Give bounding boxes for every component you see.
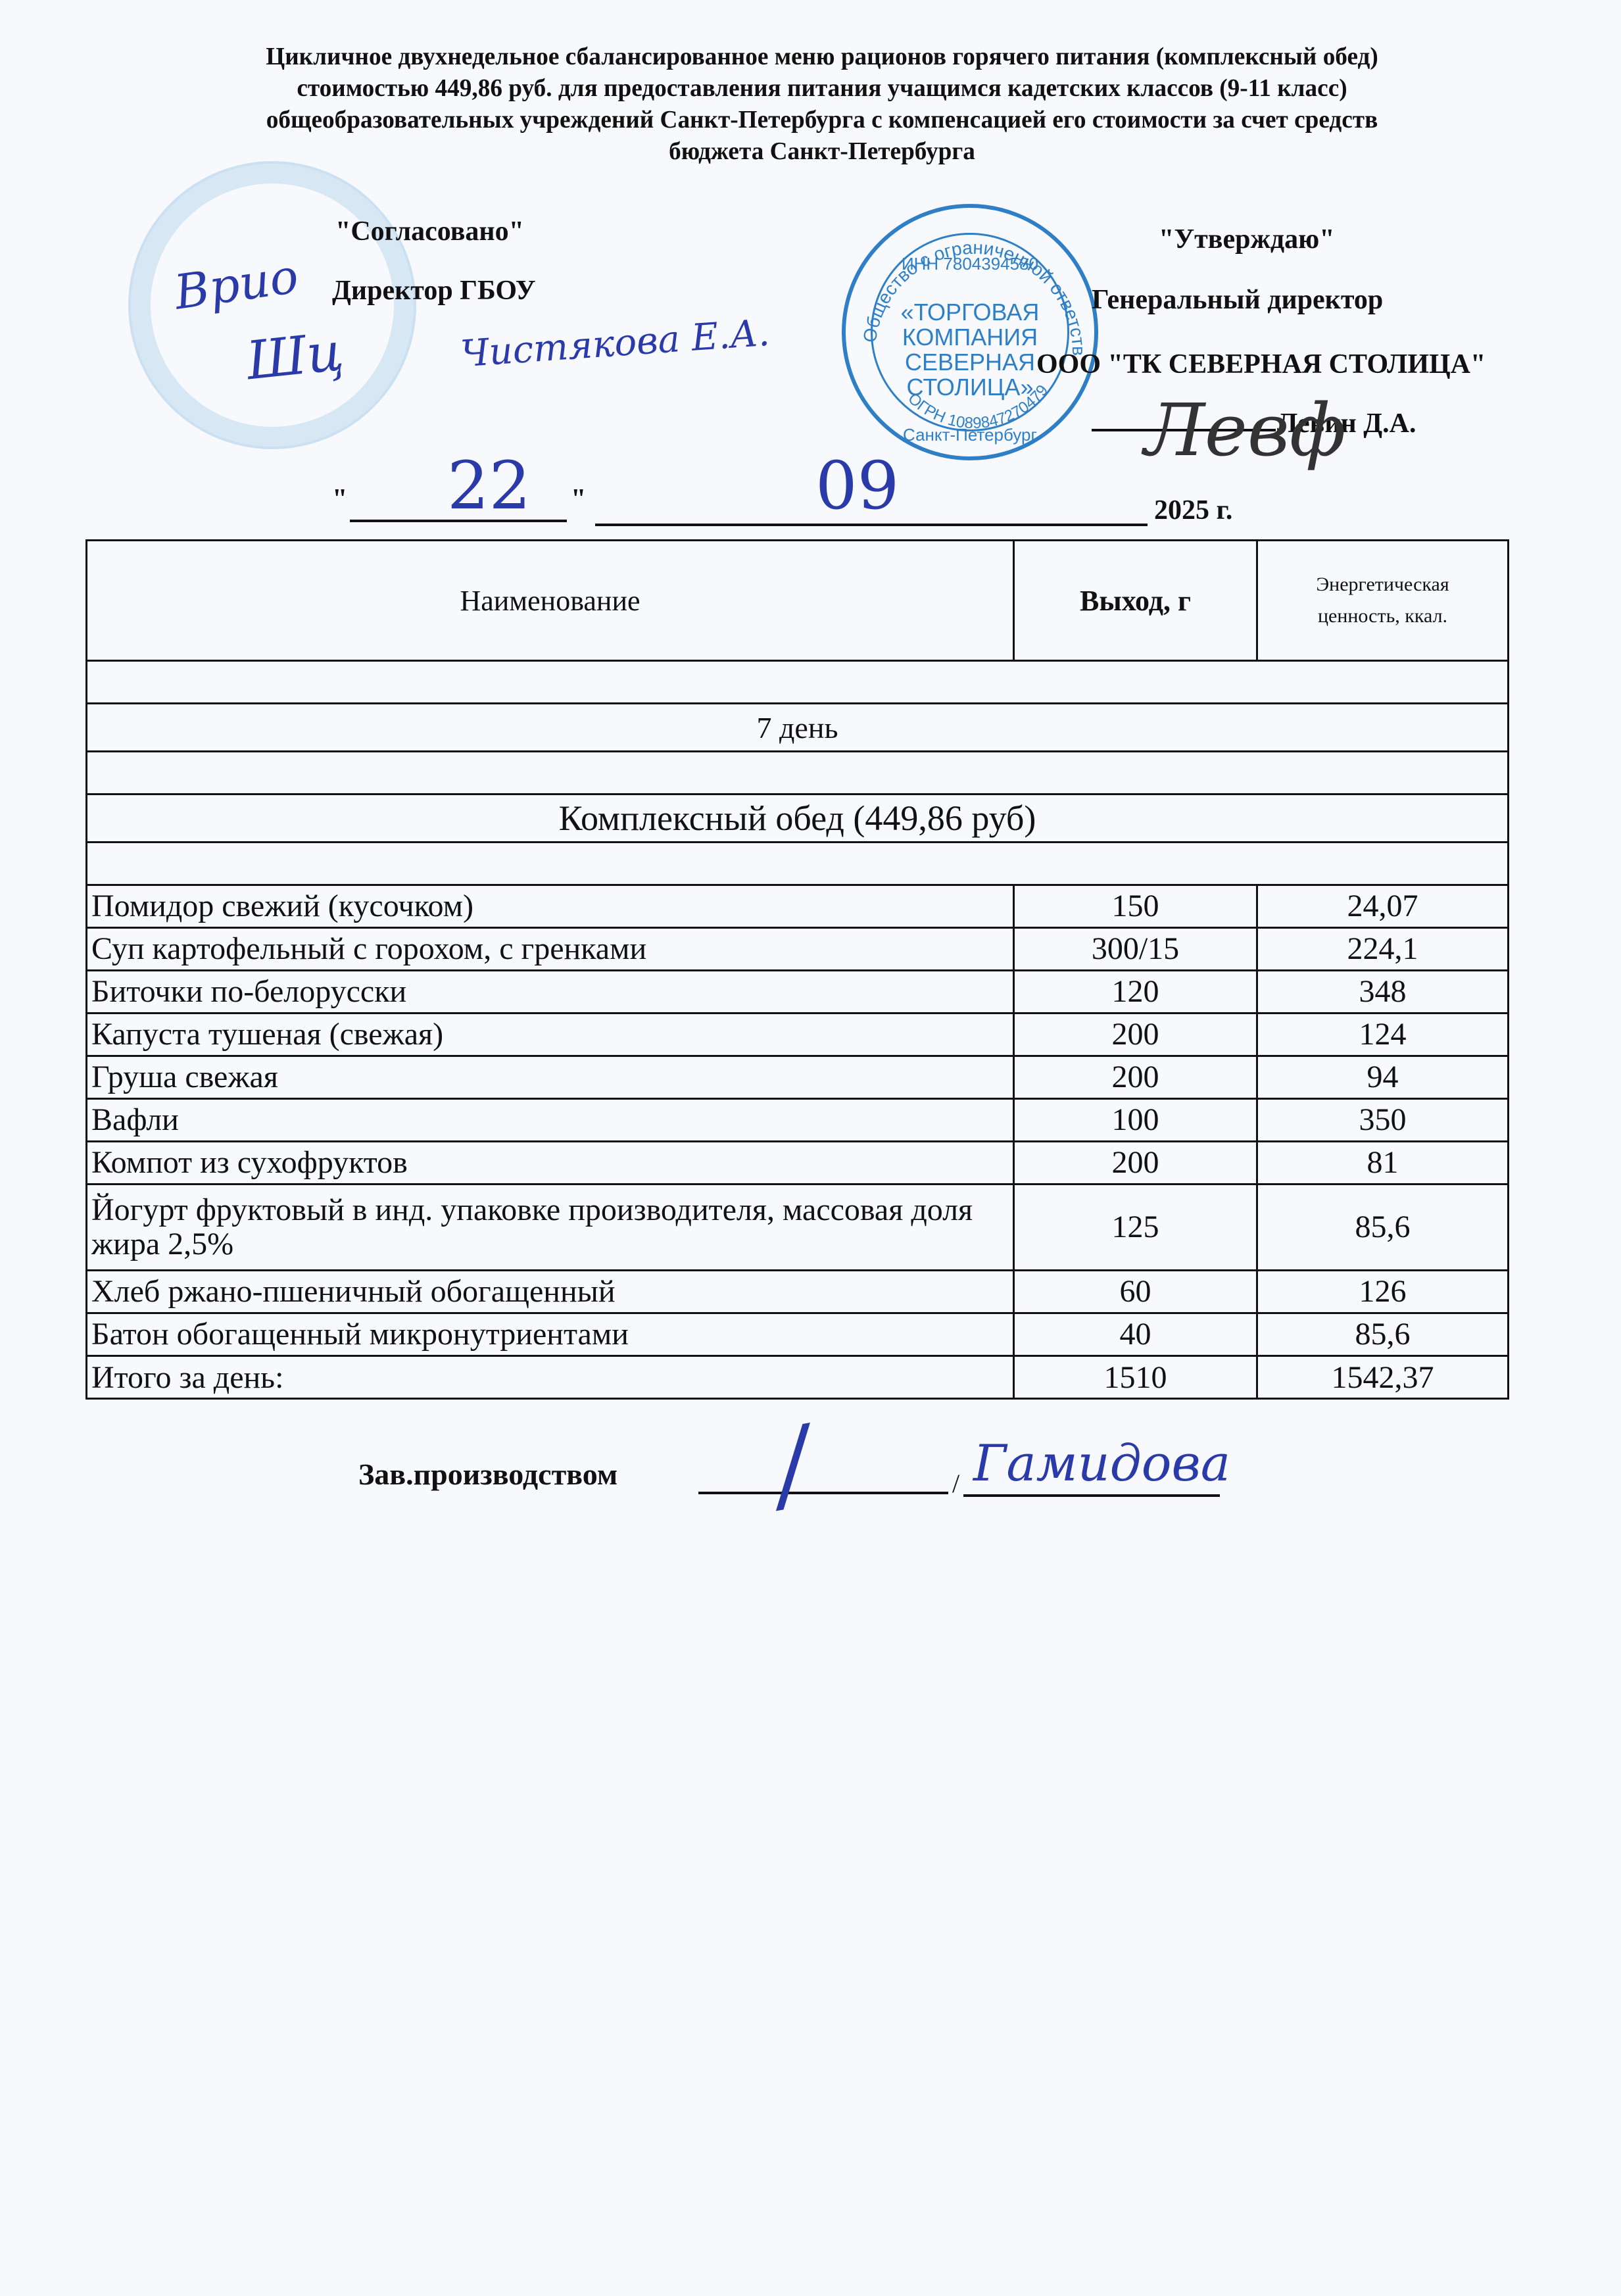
item-energy: 85,6 (1257, 1185, 1509, 1271)
menu-table: Наименование Выход, г Энергетическая цен… (85, 539, 1509, 1400)
left-signature: Шц (244, 321, 347, 392)
table-row: Помидор свежий (кусочком) 150 24,07 (87, 885, 1509, 928)
item-yield: 200 (1014, 1056, 1257, 1099)
item-energy: 94 (1257, 1056, 1509, 1099)
header-name: Наименование (87, 541, 1014, 661)
footer-signature: / (766, 1405, 819, 1524)
item-yield: 120 (1014, 971, 1257, 1014)
table-row: Йогурт фруктовый в инд. упаковке произво… (87, 1185, 1509, 1271)
approval-left-label: "Согласовано" (335, 216, 524, 247)
table-row: Суп картофельный с горохом, с гренками 3… (87, 928, 1509, 971)
approval-left-position: Директор ГБОУ (332, 275, 536, 306)
table-header-row: Наименование Выход, г Энергетическая цен… (87, 541, 1509, 661)
date-year: 2025 г. (1154, 495, 1232, 526)
item-energy: 350 (1257, 1099, 1509, 1142)
date-quote-close: " (571, 483, 586, 515)
item-energy: 85,6 (1257, 1313, 1509, 1356)
date-quote-open: " (332, 483, 347, 515)
item-name: Биточки по-белорусски (87, 971, 1014, 1014)
header-yield: Выход, г (1014, 541, 1257, 661)
item-yield: 200 (1014, 1014, 1257, 1056)
date-day: 22 (447, 447, 531, 524)
table-row: Капуста тушеная (свежая) 200 124 (87, 1014, 1509, 1056)
date-day-line (350, 520, 567, 522)
approval-right-label: "Утверждаю" (1159, 224, 1335, 255)
footer-signature-line (698, 1492, 948, 1494)
title-line-3: общеобразовательных учреждений Санкт-Пет… (145, 104, 1499, 135)
company-stamp-icon: Общество с ограниченной ответственностью… (842, 204, 1098, 460)
total-energy: 1542,37 (1257, 1356, 1509, 1399)
approval-right-position: Генеральный директор (1092, 284, 1383, 316)
item-yield: 100 (1014, 1099, 1257, 1142)
total-row: Итого за день: 1510 1542,37 (87, 1356, 1509, 1399)
table-row: Хлеб ржано-пшеничный обогащенный 60 126 (87, 1271, 1509, 1313)
day-row: 7 день (87, 704, 1509, 752)
item-name: Вафли (87, 1099, 1014, 1142)
production-manager-label: Зав.производством (358, 1457, 617, 1492)
title-line-4: бюджета Санкт-Петербурга (145, 135, 1499, 167)
item-name: Батон обогащенный микронутриентами (87, 1313, 1014, 1356)
document-title: Цикличное двухнедельное сбалансированное… (145, 41, 1499, 167)
footer-name-line (963, 1494, 1220, 1497)
item-yield: 150 (1014, 885, 1257, 928)
handwritten-director-name: Чистякова Е.А. (459, 312, 771, 376)
table-row: Биточки по-белорусски 120 348 (87, 971, 1509, 1014)
table-row: Компот из сухофруктов 200 81 (87, 1142, 1509, 1185)
item-name: Хлеб ржано-пшеничный обогащенный (87, 1271, 1014, 1313)
item-energy: 24,07 (1257, 885, 1509, 928)
approval-right-company: ООО "ТК СЕВЕРНАЯ СТОЛИЦА" (1036, 349, 1486, 380)
item-yield: 60 (1014, 1271, 1257, 1313)
meal-row: Комплексный обед (449,86 руб) (87, 794, 1509, 843)
title-line-2: стоимостью 449,86 руб. для предоставлени… (145, 72, 1499, 104)
table-row: Батон обогащенный микронутриентами 40 85… (87, 1313, 1509, 1356)
table-row: Вафли 100 350 (87, 1099, 1509, 1142)
item-yield: 125 (1014, 1185, 1257, 1271)
empty-row (87, 843, 1509, 885)
item-energy: 348 (1257, 971, 1509, 1014)
item-name: Помидор свежий (кусочком) (87, 885, 1014, 928)
item-name: Суп картофельный с горохом, с гренками (87, 928, 1014, 971)
item-name: Груша свежая (87, 1056, 1014, 1099)
item-energy: 81 (1257, 1142, 1509, 1185)
total-label: Итого за день: (87, 1356, 1014, 1399)
footer-separator: / (952, 1468, 959, 1499)
item-yield: 200 (1014, 1142, 1257, 1185)
header-energy: Энергетическая ценность, ккал. (1257, 541, 1509, 661)
total-yield: 1510 (1014, 1356, 1257, 1399)
item-energy: 126 (1257, 1271, 1509, 1313)
footer-handwritten-name: Гамидова (973, 1434, 1230, 1492)
item-energy: 124 (1257, 1014, 1509, 1056)
empty-row (87, 661, 1509, 704)
item-energy: 224,1 (1257, 928, 1509, 971)
right-signature: Левф (1144, 388, 1346, 472)
item-name: Йогурт фруктовый в инд. упаковке произво… (87, 1185, 1014, 1271)
item-name: Компот из сухофруктов (87, 1142, 1014, 1185)
table-row: Груша свежая 200 94 (87, 1056, 1509, 1099)
empty-row (87, 752, 1509, 794)
item-yield: 40 (1014, 1313, 1257, 1356)
item-yield: 300/15 (1014, 928, 1257, 971)
date-month-line (595, 524, 1148, 526)
title-line-1: Цикличное двухнедельное сбалансированное… (145, 41, 1499, 72)
item-name: Капуста тушеная (свежая) (87, 1014, 1014, 1056)
